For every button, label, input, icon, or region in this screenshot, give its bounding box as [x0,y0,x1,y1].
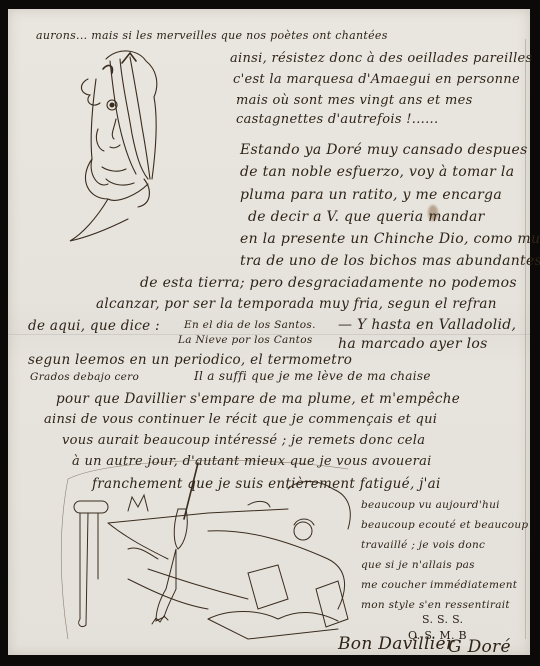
text-line-9: de decir a V. que queria mandar [248,209,485,225]
signature-dore: G Doré [448,637,511,657]
text-line-8: pluma para un ratito, y me encarga [240,187,502,203]
text-line-11: tra de uno de los bichos mas abundantes [240,253,540,269]
letter-page: aurons... mais si les merveilles que nos… [8,9,530,655]
text-line-2: ainsi, résistez donc à des oeillades par… [230,51,533,66]
text-line-16b: ha marcado ayer los [338,336,488,352]
text-line-3: c'est la marquesa d'Amaegui en personne [233,72,520,87]
text-line-21: vous aurait beaucoup intéressé ; je reme… [62,433,425,448]
text-line-13: alcanzar, por ser la temporada muy fria,… [96,296,497,312]
text-line-16a: La Nieve por los Cantos [178,334,313,346]
text-line-19: pour que Davillier s'empare de ma plume,… [56,391,460,407]
signature-davillier: Bon Davillier [338,634,454,654]
text-line-24: beaucoup vu aujourd'hui [361,499,500,511]
text-line-26: travaillé ; je vois donc [361,539,485,551]
text-line-5: castagnettes d'autrefois !...... [236,112,438,127]
text-line-28: me coucher immédiatement [361,579,517,591]
text-line-22: à un autre jour, d'autant mieux que je v… [72,454,432,469]
text-line-1: aurons... mais si les merveilles que nos… [36,29,388,42]
text-line-12: de esta tierra; pero desgraciadamente no… [140,275,517,291]
text-line-17: segun leemos en un periodico, el termome… [28,352,352,368]
text-line-15b: — Y hasta en Valladolid, [338,317,516,333]
text-line-18b: Il a suffi que je me lève de ma chaise [194,369,431,383]
text-line-27: que si je n'allais pas [361,559,475,571]
text-line-20: ainsi de vous continuer le récit que je … [44,412,437,427]
text-line-6: Estando ya Doré muy cansado despues [240,142,528,158]
text-line-10: en la presente un Chinche Dio, como mues… [240,231,540,247]
text-line-15a: En el dia de los Santos. [184,319,316,331]
text-line-14: de aqui, que dice : [28,318,160,334]
closing-sss: S. S. S. [422,613,463,626]
text-line-23: franchement que je suis entièrement fati… [92,476,441,492]
text-line-7: de tan noble esfuerzo, voy à tomar la [240,164,514,180]
paper-edge [525,39,526,639]
text-line-29: mon style s'en ressentirait [361,599,510,611]
text-line-25: beaucoup ecouté et beaucoup [361,519,528,531]
text-line-4: mais où sont mes vingt ans et mes [236,93,473,108]
portrait-sketch [48,39,178,249]
text-line-18a: Grados debajo cero [30,371,139,383]
